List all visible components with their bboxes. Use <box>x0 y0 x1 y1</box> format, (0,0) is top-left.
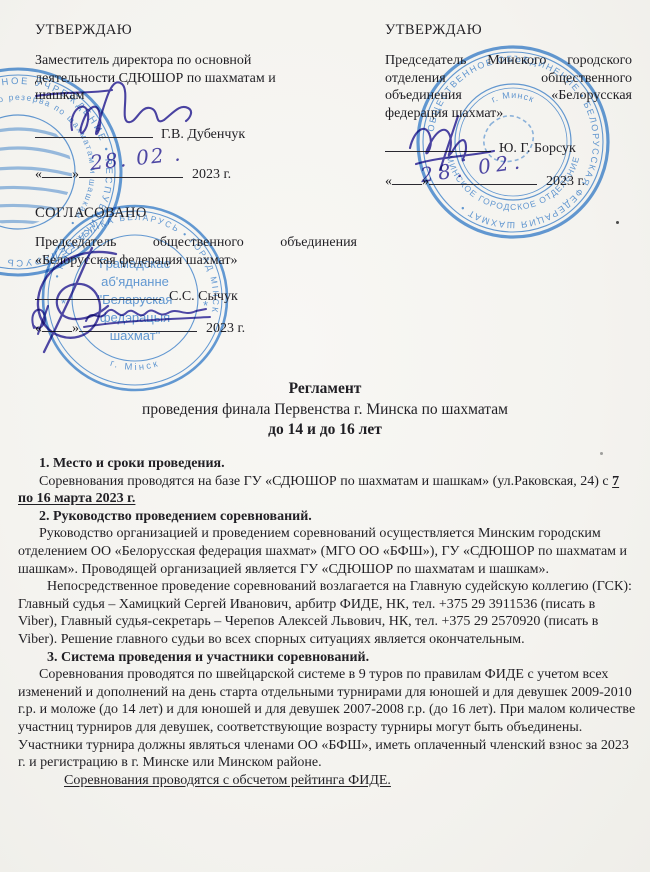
title-line-1: Регламент <box>0 379 650 400</box>
role-line: отделения общественного <box>385 70 632 88</box>
quote-mark: » <box>72 167 79 182</box>
text-run: 3. Система проведения и участники соревн… <box>47 650 369 665</box>
document-body: 1. Место и сроки проведения.Соревнования… <box>18 455 636 789</box>
agreed-label: СОГЛАСОВАНО <box>35 205 357 222</box>
approve-label: УТВЕРЖДАЮ <box>35 22 335 39</box>
date-row: «»2023 г. <box>35 164 335 183</box>
text-run: Соревнования проводятся по швейцарской с… <box>18 667 635 770</box>
year-label: 2023 г. <box>546 174 585 189</box>
text-run: Руководство организацией и проведением с… <box>18 526 627 576</box>
ink-speck <box>616 221 619 224</box>
title-line-2: проведения финала Первенства г. Минска п… <box>0 400 650 421</box>
body-paragraph: Соревнования проводятся на базе ГУ «СДЮШ… <box>18 473 636 508</box>
handwritten-date-scribble <box>78 295 218 337</box>
handwritten-day-scribble <box>24 300 58 340</box>
body-paragraph: Соревнования проводятся по швейцарской с… <box>18 666 636 772</box>
quote-mark: « <box>385 174 392 189</box>
ink-speck <box>600 452 603 455</box>
quote-mark: « <box>35 167 42 182</box>
text-run: Соревнования проводятся с обсчетом рейти… <box>64 773 391 788</box>
year-label: 2023 г. <box>192 167 231 182</box>
document-title: Регламент проведения финала Первенства г… <box>0 379 650 441</box>
signature-dubenchuk <box>28 58 208 153</box>
body-paragraph: Руководство организацией и проведением с… <box>18 525 636 578</box>
body-paragraph: 3. Система проведения и участники соревн… <box>18 649 636 667</box>
scanned-document-page: ГОСУДАРСТВЕННОЕ УЧРЕЖДЕНИЕ • РЕСПУБЛИКА … <box>0 0 650 872</box>
role-line: объединения «Белорусская <box>385 87 632 105</box>
body-paragraph: 2. Руководство проведением соревнований. <box>18 508 636 526</box>
body-paragraph: Непосредственное проведение соревнований… <box>18 578 636 648</box>
text-run: 1. Место и сроки проведения. <box>39 456 225 471</box>
approve-label: УТВЕРЖДАЮ <box>385 22 632 39</box>
text-run: Непосредственное проведение соревнований… <box>18 579 632 647</box>
date-line <box>42 164 72 178</box>
role-line: Председатель Минского городского <box>385 52 632 70</box>
body-paragraph: 1. Место и сроки проведения. <box>18 455 636 473</box>
text-run: 2. Руководство проведением соревнований. <box>39 509 312 524</box>
title-line-3: до 14 и до 16 лет <box>0 420 650 441</box>
body-paragraph: Соревнования проводятся с обсчетом рейти… <box>18 772 636 790</box>
text-run: Соревнования проводятся на базе ГУ «СДЮШ… <box>39 474 612 489</box>
